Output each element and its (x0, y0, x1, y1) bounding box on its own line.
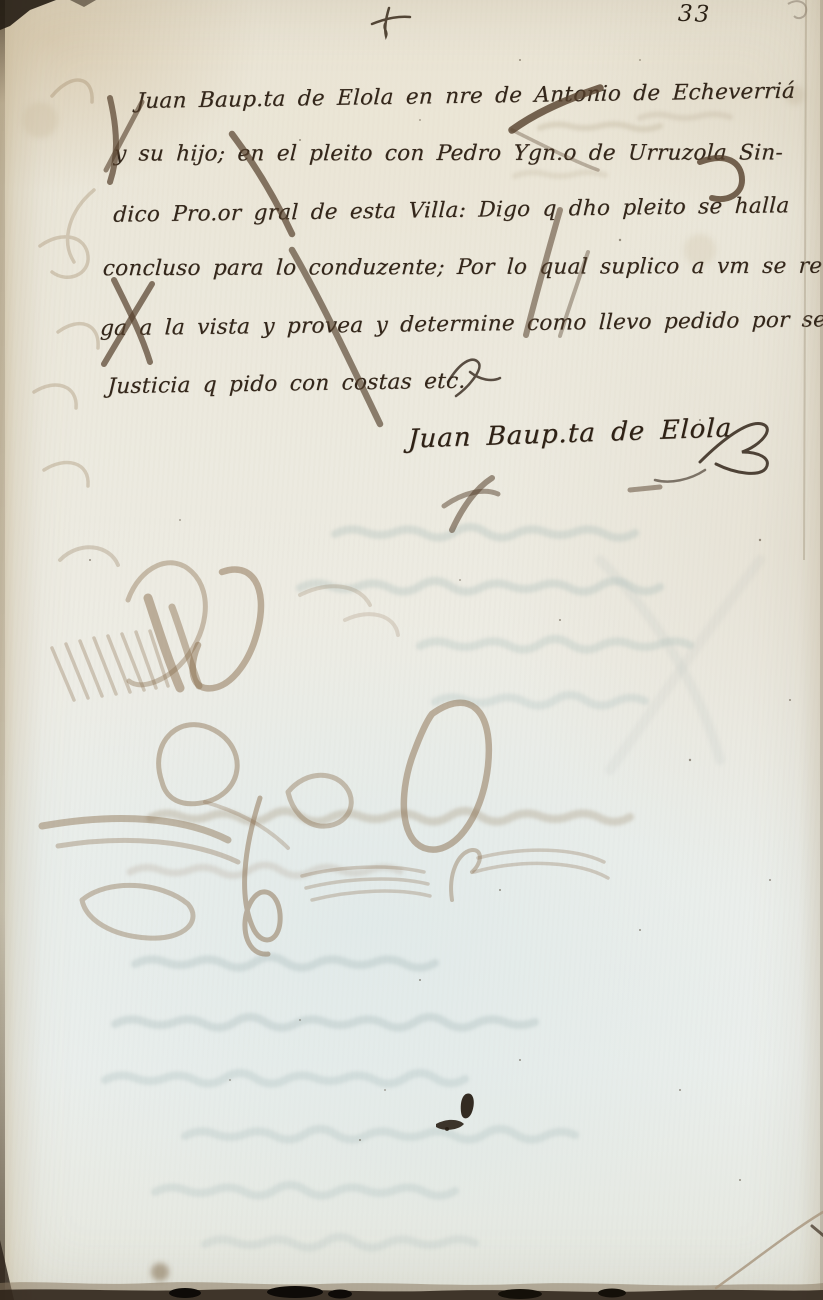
manuscript-body: Juan Baup.ta de Elola en nre de Antonio … (96, 70, 802, 417)
manuscript-line: concluso para lo conduzente; Por lo qual… (101, 242, 794, 301)
manuscript-line: dico Pro.or gral de esta Villa: Digo q d… (104, 181, 797, 248)
manuscript-line: Juan Baup.ta de Elola en nre de Antonio … (109, 67, 802, 135)
manuscript-line: ga a la vista y provea y determine como … (99, 296, 792, 361)
folio-number: 33 (678, 1, 749, 29)
manuscript-scan: 33 Juan Baup.ta de Elola en nre de Anton… (0, 0, 823, 1300)
manuscript-line: Justicia q pido con costas etc. (96, 352, 789, 420)
manuscript-line: y su hijo; en el pleito con Pedro Ygn.o … (106, 128, 799, 186)
